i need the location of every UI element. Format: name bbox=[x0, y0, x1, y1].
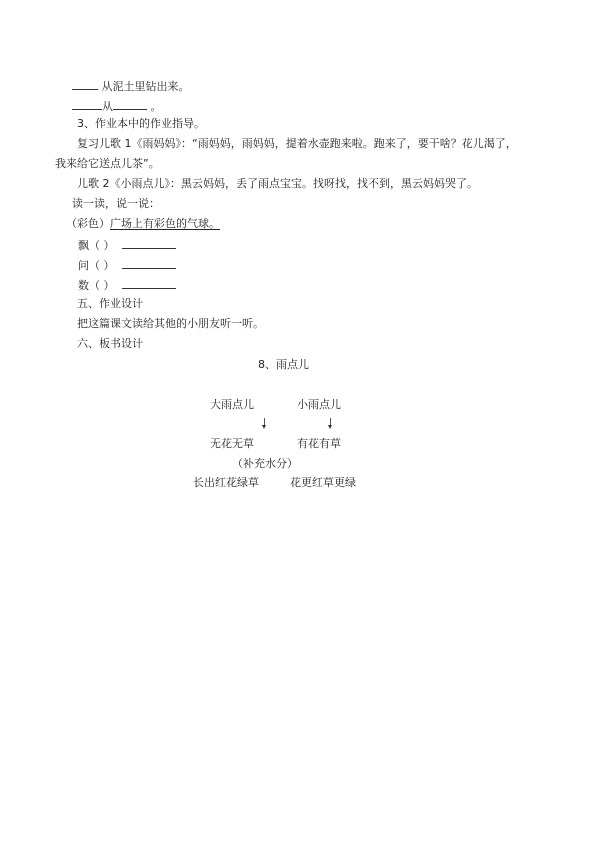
board-center-note: （补充水分） bbox=[232, 457, 298, 471]
item-char: 问（ ） bbox=[78, 259, 115, 272]
fill-line-1: 从泥土里钻出来。 bbox=[72, 78, 190, 94]
board-right-mid: 有花有草 bbox=[297, 437, 341, 451]
fill-line-2: 从 。 bbox=[72, 98, 162, 114]
read-say-item: 数（ ） bbox=[78, 277, 176, 293]
section3-heading: 3、作业本中的作业指导。 bbox=[77, 117, 205, 131]
song2-label: 儿歌 2《小雨点儿》 bbox=[77, 177, 170, 190]
answer-blank bbox=[122, 257, 176, 269]
answer-blank bbox=[122, 237, 176, 249]
section6-heading: 六、板书设计 bbox=[77, 337, 143, 351]
item-char: 数（ ） bbox=[78, 279, 115, 292]
read-say-item: 问（ ） bbox=[78, 257, 176, 273]
board-left-top: 大雨点儿 bbox=[210, 398, 254, 412]
song1-continuation: 我来给它送点儿茶”。 bbox=[55, 157, 160, 171]
song1-label: 复习儿歌 1《雨妈妈》 bbox=[77, 137, 181, 150]
song2-text: ：黑云妈妈，丢了雨点宝宝。找呀找，找不到，黑云妈妈哭了。 bbox=[170, 177, 478, 190]
board-left-mid: 无花无草 bbox=[210, 437, 254, 451]
read-say-example: （彩色）广场上有彩色的气球。 bbox=[66, 217, 220, 231]
blank bbox=[72, 78, 98, 90]
down-arrow-icon bbox=[264, 418, 265, 426]
board-right-top: 小雨点儿 bbox=[297, 398, 341, 412]
song2-paragraph: 儿歌 2《小雨点儿》：黑云妈妈，丢了雨点宝宝。找呀找，找不到，黑云妈妈哭了。 bbox=[77, 177, 478, 191]
fill-line-2-mid: 从 bbox=[102, 100, 113, 113]
blank bbox=[113, 98, 147, 110]
fill-line-2-end: 。 bbox=[151, 100, 162, 113]
section5-text: 把这篇课文读给其他的小朋友听一听。 bbox=[77, 317, 264, 331]
example-word: （彩色） bbox=[66, 217, 110, 230]
board-left-bottom: 长出红花绿草 bbox=[193, 476, 259, 490]
board-right-bottom: 花更红草更绿 bbox=[290, 476, 356, 490]
item-char: 飘（ ） bbox=[78, 239, 115, 252]
read-say-item: 飘（ ） bbox=[78, 237, 176, 253]
fill-line-1-text: 从泥土里钻出来。 bbox=[102, 80, 190, 93]
answer-blank bbox=[122, 277, 176, 289]
example-sentence: 广场上有彩色的气球。 bbox=[110, 217, 220, 230]
down-arrow-icon bbox=[330, 418, 331, 426]
song1-paragraph: 复习儿歌 1《雨妈妈》：“雨妈妈，雨妈妈，提着水壶跑来啦。跑来了，要干啥？花儿渴… bbox=[77, 137, 517, 151]
blank bbox=[72, 98, 102, 110]
song1-text: ：“雨妈妈，雨妈妈，提着水壶跑来啦。跑来了，要干啥？花儿渴了， bbox=[181, 137, 517, 150]
section5-heading: 五、作业设计 bbox=[77, 297, 143, 311]
board-title: 8、雨点儿 bbox=[258, 358, 309, 372]
read-say-heading: 读一读，说一说： bbox=[72, 197, 160, 211]
